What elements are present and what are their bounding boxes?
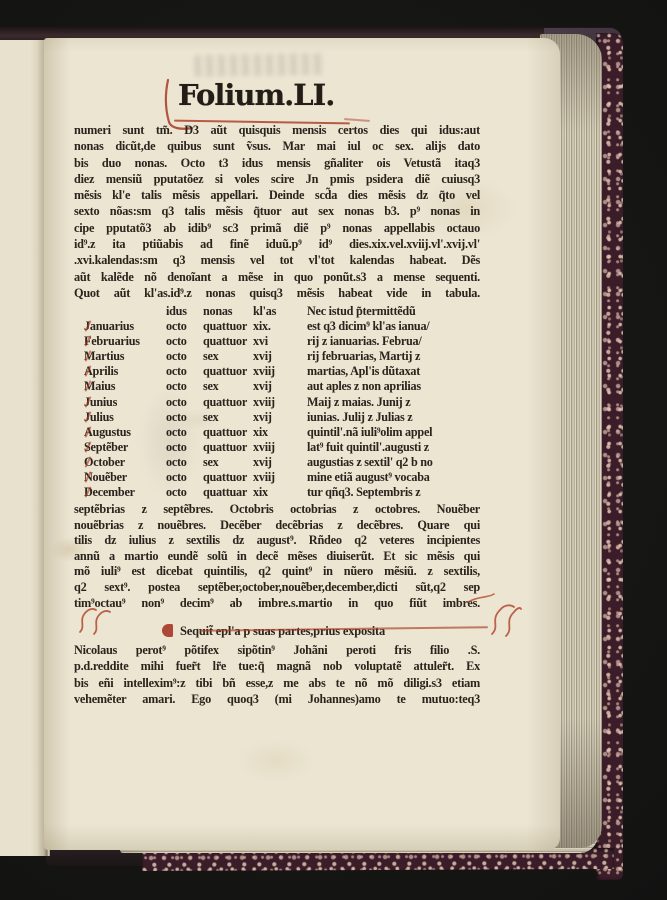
paragraph-mark-icon	[162, 624, 173, 637]
klas-value: xvi	[253, 334, 268, 349]
side-note: augustias z sextil' q2 b no	[307, 455, 433, 470]
klas-value: xviij	[253, 470, 275, 485]
text-line: septẽbrias z septẽbres. Octobris octobri…	[74, 502, 480, 518]
month-name: Maius	[84, 379, 115, 394]
text-line: aũt kalẽde nõ denoĩant a mẽse in quo pon…	[74, 269, 480, 285]
text-line: cipe pputatõ3 ab idib⁹ sc3 primã diẽ p⁹ …	[74, 220, 480, 236]
nonas-value: sex	[203, 379, 219, 394]
nonas-value: quattuor	[203, 364, 247, 379]
idus-value: octo	[166, 395, 187, 410]
side-note: iunias. Julij z Julias z	[307, 410, 412, 425]
text-line: tim⁹octau⁹ non⁹ decim⁹ ab imbre.s.martio…	[74, 596, 480, 612]
text-line: mõ iuli⁹ est dicebat quintilis, q2 quint…	[74, 564, 480, 580]
klas-value: xix	[253, 485, 268, 500]
idus-value: octo	[166, 334, 187, 349]
month-name: December	[84, 485, 135, 500]
klas-value: xvij	[253, 349, 272, 364]
month-name: Februarius	[84, 334, 140, 349]
col-header-klas: kl'as	[253, 304, 276, 319]
text-line: annũ a martio eundẽ solũ in decẽ mẽses d…	[74, 549, 480, 565]
table-row: Junius octo quattuor xviij Maij z maias.…	[44, 395, 560, 410]
text-line: tilis dz iulius z sextilis dz august⁹. R…	[74, 533, 480, 549]
nonas-value: sex	[203, 455, 219, 470]
text-line: .xvi.kalendas:sm q3 mensis vel tot vl'to…	[74, 252, 480, 268]
title-underline-tail-rubric	[344, 118, 370, 121]
side-note: martias, Apl'is dũtaxat	[307, 364, 420, 379]
text-line: mẽsis kl'e talis mẽsis appellari. Deinde…	[74, 187, 480, 203]
table-row: Septẽber octo quattuor xviij lat⁹ fuit q…	[44, 440, 560, 455]
table-row: Augustus octo quattuor xix quintil'.nã i…	[44, 425, 560, 440]
nonas-value: quattuor	[203, 319, 247, 334]
table-row: Aprilis octo quattuor xviij martias, Apl…	[44, 364, 560, 379]
table-row: Januarius octo quattuor xix. est q3 dici…	[44, 319, 560, 334]
nonas-value: sex	[203, 349, 219, 364]
klas-value: xvij	[253, 410, 272, 425]
text-line: vehemẽter amari. Ego quoq3 (mi Johannes)…	[74, 691, 480, 707]
epistle-heading: Sequit̃ epl'a p suas partes,prius exposi…	[162, 623, 385, 639]
idus-value: octo	[166, 485, 187, 500]
table-row: Martius octo sex xvij rij februarias, Ma…	[44, 349, 560, 364]
month-name: Julius	[84, 410, 114, 425]
table-row: December octo quattuar xix tur qñq3. Sep…	[44, 485, 560, 500]
table-row: Nouẽber octo quattuor xviij mine etiã au…	[44, 470, 560, 485]
month-name: Augustus	[84, 425, 131, 440]
text-line: q2 sext⁹. postea septẽber,october,nouẽbe…	[74, 580, 480, 596]
klas-value: xvij	[253, 455, 272, 470]
nonas-value: quattuor	[203, 440, 247, 455]
table-row: Februarius octo quattuor xvi rij z ianua…	[44, 334, 560, 349]
rubric-squiggle-icon	[74, 604, 114, 636]
text-line: bis duo nonas. Octo t3 idus mensis gñali…	[74, 155, 480, 171]
idus-value: octo	[166, 349, 187, 364]
note-header: Nec istud p̃termittẽdũ	[307, 304, 415, 319]
side-note: est q3 dicim⁹ kl'as ianua/	[307, 319, 429, 334]
month-name: Januarius	[84, 319, 134, 334]
month-name: Nouẽber	[84, 470, 127, 485]
folio-title: Folium.LI.	[178, 78, 334, 112]
nonas-value: quattuar	[203, 485, 247, 500]
text-line: nouẽbrias z nouẽbres. Decẽber decẽbrias …	[74, 518, 480, 534]
klas-value: xviij	[253, 440, 275, 455]
month-name: Septẽber	[84, 440, 128, 455]
side-note: Maij z maias. Junij z	[307, 395, 410, 410]
side-note: rij z ianuarias. Februa/	[307, 334, 422, 349]
table-row: Julius octo sex xvij iunias. Julij z Jul…	[44, 410, 560, 425]
nonas-value: quattuor	[203, 395, 247, 410]
text-line: Quot aũt kl'as.id⁹.z nonas quisq3 mẽsis …	[74, 285, 480, 301]
nonas-value: quattuor	[203, 470, 247, 485]
text-line: diez mensiũ pputatõez si voles scire Jn …	[74, 171, 480, 187]
rubric-squiggle-icon	[464, 592, 522, 638]
side-note: rij februarias, Martij z	[307, 349, 420, 364]
text-line: nonas dicũt,de quibus sunt ṽsus. Mar mai…	[74, 138, 480, 154]
text-line: sexto nõas:sm q3 talis mẽsis q̃tuor aut …	[74, 203, 480, 219]
text-line: Nicolaus perot⁹ põtifex sipõtin⁹ Johãni …	[74, 642, 480, 658]
side-note: mine etiã august⁹ vocaba	[307, 470, 430, 485]
text-line: numeri sunt tm̃. D3 aũt quisquis mensis …	[74, 122, 480, 138]
klas-value: xviij	[253, 395, 275, 410]
month-name: October	[84, 455, 125, 470]
months-paragraph: septẽbrias z septẽbres. Octobris octobri…	[74, 502, 480, 611]
idus-value: octo	[166, 379, 187, 394]
idus-value: octo	[166, 364, 187, 379]
nonas-value: quattuor	[203, 334, 247, 349]
text-line: id⁹.z ita ptiũabis ad finẽ iduũ.p⁹ id⁹ d…	[74, 236, 480, 252]
nonas-value: quattuor	[203, 425, 247, 440]
klas-value: xix.	[253, 319, 271, 334]
klas-value: xix	[253, 425, 268, 440]
month-name: Aprilis	[84, 364, 118, 379]
book-page: Folium.LI. numeri sunt tm̃. D3 aũt quisq…	[44, 38, 560, 850]
show-through-smudge	[194, 53, 324, 77]
table-row: Maius octo sex xvij aut aples z non apri…	[44, 379, 560, 394]
idus-value: octo	[166, 440, 187, 455]
facing-page-gutter	[0, 40, 50, 856]
intro-paragraph: numeri sunt tm̃. D3 aũt quisquis mensis …	[74, 122, 480, 301]
klas-value: xvij	[253, 379, 272, 394]
epistle-paragraph: Nicolaus perot⁹ põtifex sipõtin⁹ Johãni …	[74, 642, 480, 707]
side-note: aut aples z non aprilias	[307, 379, 421, 394]
idus-value: octo	[166, 470, 187, 485]
text-line: bis eñi intellexim⁹:z tibi bñ esse,z me …	[74, 675, 480, 691]
idus-value: octo	[166, 425, 187, 440]
nonas-value: sex	[203, 410, 219, 425]
side-note: tur qñq3. Septembris z	[307, 485, 420, 500]
idus-value: octo	[166, 319, 187, 334]
side-note: quintil'.nã iuli⁹olim appel	[307, 425, 432, 440]
month-name: Junius	[84, 395, 117, 410]
table-row: October octo sex xvij augustias z sextil…	[44, 455, 560, 470]
klas-value: xviij	[253, 364, 275, 379]
text-line: p.d.reddite mihi fuer̃t lr̃e tue:q̃ magn…	[74, 658, 480, 674]
idus-value: octo	[166, 410, 187, 425]
col-header-idus: idus	[166, 304, 187, 319]
col-header-nonas: nonas	[203, 304, 232, 319]
calendar-table: idus nonas kl'as Nec istud p̃termittẽdũ …	[44, 304, 560, 500]
table-header-row: idus nonas kl'as Nec istud p̃termittẽdũ	[44, 304, 560, 319]
month-name: Martius	[84, 349, 124, 364]
idus-value: octo	[166, 455, 187, 470]
side-note: lat⁹ fuit quintil'.augusti z	[307, 440, 429, 455]
